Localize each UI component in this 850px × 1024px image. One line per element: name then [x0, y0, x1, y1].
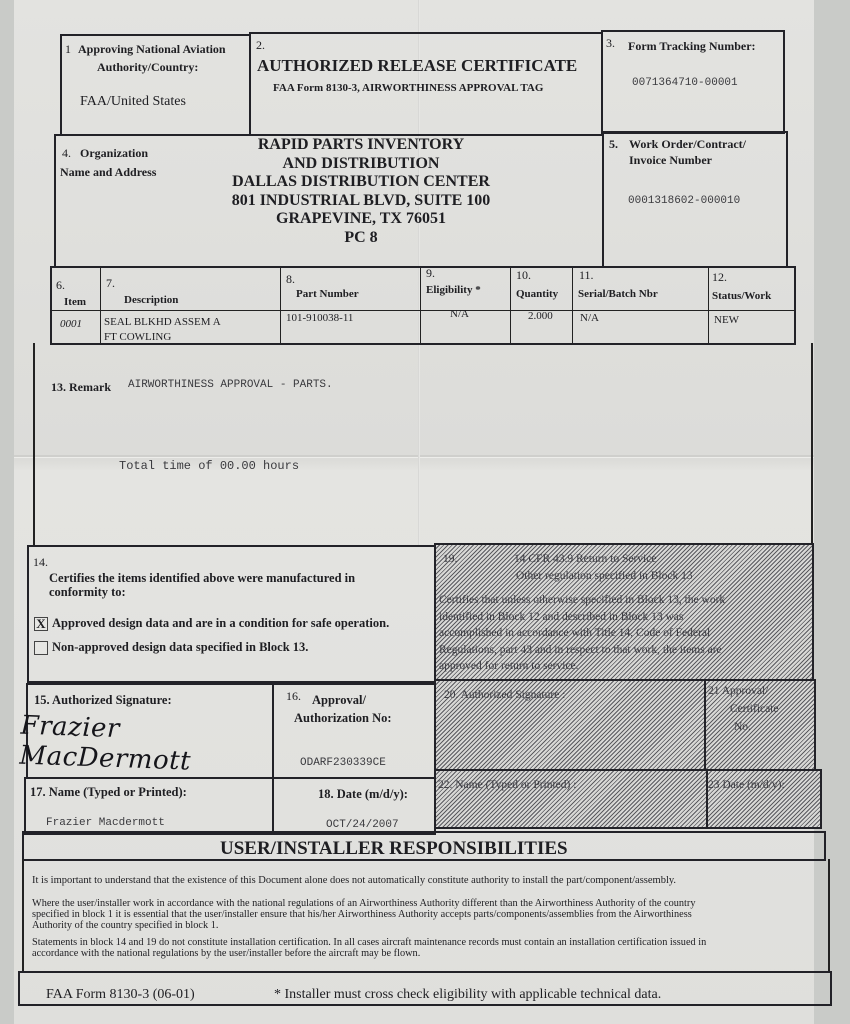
block-23-label: 23 Date (m/d/y):: [708, 779, 785, 791]
form-id: FAA Form 8130-3 (06-01): [46, 987, 195, 1003]
header-description: Description: [124, 294, 178, 306]
cell-eligibility: N/A: [450, 308, 469, 320]
block-1-authority: 1 Approving National Aviation Authority/…: [60, 34, 251, 136]
installer-note: * Installer must cross check eligibility…: [274, 987, 661, 1003]
col-divider: [708, 268, 709, 343]
header-number: 10.: [516, 268, 531, 283]
block-19-line: Certifies that unless otherwise specifie…: [439, 592, 725, 609]
responsibilities-body: It is important to understand that the e…: [22, 859, 830, 973]
block-2-title: 2. AUTHORIZED RELEASE CERTIFICATE FAA Fo…: [249, 32, 603, 136]
block-22-label: 22. Name (Typed or Printed) :: [438, 779, 576, 791]
col-divider: [280, 268, 281, 343]
col-divider: [510, 268, 511, 343]
address-line: DALLAS DISTRIBUTION CENTER: [196, 173, 526, 192]
block-16-label-2: Authorization No:: [294, 711, 392, 726]
block-1-label: Approving National Aviation: [78, 42, 226, 57]
authorized-signature: Frazier MacDermott: [19, 711, 273, 780]
address-line: PC 8: [196, 229, 526, 248]
approved-design-label: Approved design data and are in a condit…: [52, 616, 389, 631]
header-number: 6.: [56, 278, 65, 293]
block-18-label: 18. Date (m/d/y):: [318, 787, 408, 802]
block-21-label-2: Certificate: [730, 703, 779, 715]
date-value: OCT/24/2007: [326, 819, 399, 831]
organization-address: RAPID PARTS INVENTORY AND DISTRIBUTION D…: [196, 136, 526, 247]
block-21-label-3: No.: [734, 721, 751, 733]
block-22-name: 22. Name (Typed or Printed) :: [434, 769, 708, 829]
form-title: AUTHORIZED RELEASE CERTIFICATE: [257, 56, 577, 76]
cell-status: NEW: [714, 314, 739, 326]
block-4-label: Organization: [80, 146, 148, 161]
block-19-return-to-service: 19. 14 CFR 43.9 Return to Service Other …: [434, 543, 814, 681]
para-line: specified in block 1 it is essential tha…: [32, 909, 696, 920]
block-2-number: 2.: [256, 38, 265, 53]
form-footer: FAA Form 8130-3 (06-01) * Installer must…: [18, 971, 832, 1006]
col-divider: [420, 268, 421, 343]
col-divider: [572, 268, 573, 343]
address-line: GRAPEVINE, TX 76051: [196, 210, 526, 229]
block-14-text: Certifies the items identified above wer…: [49, 571, 355, 586]
header-part-number: Part Number: [296, 288, 359, 300]
address-line: AND DISTRIBUTION: [196, 155, 526, 174]
header-eligibility: Eligibility *: [426, 284, 481, 296]
header-quantity: Quantity: [516, 288, 558, 300]
block-19-text: Certifies that unless otherwise specifie…: [439, 592, 725, 675]
block-5-label: Work Order/Contract/: [629, 137, 746, 152]
block-3-tracking: 3. Form Tracking Number: 0071364710-0000…: [601, 30, 785, 134]
para-line: Statements in block 14 and 19 do not con…: [32, 937, 706, 948]
para-line: accordance with the national regulations…: [32, 948, 706, 959]
responsibilities-header: USER/INSTALLER RESPONSIBILITIES: [22, 831, 826, 861]
remark-label: 13. Remark: [51, 380, 111, 395]
address-line: RAPID PARTS INVENTORY: [196, 136, 526, 155]
cell-serial: N/A: [580, 312, 599, 324]
block-14-number: 14.: [33, 555, 48, 570]
block-16-number: 16.: [286, 689, 301, 704]
header-number: 11.: [579, 268, 594, 283]
block-5-number: 5.: [609, 137, 618, 152]
block-19-line: identified in Block 12 and described in …: [439, 609, 725, 626]
block-21-label: 21 Approval/: [708, 685, 768, 697]
block-16-approval: 16. Approval/ Authorization No: ODARF230…: [272, 683, 436, 779]
form-subtitle: FAA Form 8130-3, AIRWORTHINESS APPROVAL …: [273, 82, 543, 94]
block-19-option-1: 14 CFR 43.9 Return to Service: [514, 553, 656, 565]
block-19-line: accomplished in accordance with Title 14…: [439, 625, 725, 642]
responsibilities-para-3: Statements in block 14 and 19 do not con…: [32, 937, 706, 959]
responsibilities-title: USER/INSTALLER RESPONSIBILITIES: [220, 838, 568, 860]
remark-text: AIRWORTHINESS APPROVAL - PARTS.: [128, 379, 333, 391]
block-16-label: Approval/: [312, 693, 366, 708]
block-15-label: 15. Authorized Signature:: [34, 693, 172, 708]
block-19-option-2: Other regulation specified in Block 13: [516, 570, 693, 582]
block-4-number: 4.: [62, 146, 71, 161]
responsibilities-para-2: Where the user/installer work in accorda…: [32, 898, 696, 931]
address-line: 801 INDUSTRIAL BLVD, SUITE 100: [196, 192, 526, 211]
block-19-line: approved for return to service.: [439, 658, 725, 675]
block-19-line: Regulations, part 43 and in respect to t…: [439, 642, 725, 659]
para-line: Authority of the country specified in bl…: [32, 920, 696, 931]
non-approved-design-label: Non-approved design data specified in Bl…: [52, 640, 308, 655]
header-number: 8.: [286, 272, 295, 287]
header-number: 9.: [426, 266, 435, 281]
approving-authority-value: FAA/United States: [80, 94, 186, 110]
cell-part-number: 101-910038-11: [286, 312, 353, 324]
non-approved-design-checkbox[interactable]: [34, 641, 48, 655]
block-5-work-order: 5. Work Order/Contract/ Invoice Number 0…: [602, 131, 788, 268]
total-time: Total time of 00.00 hours: [119, 459, 299, 473]
block-17-label: 17. Name (Typed or Printed):: [30, 785, 187, 800]
block-15-signature: 15. Authorized Signature: Frazier MacDer…: [26, 683, 274, 779]
items-table: 6. Item 7. Description 8. Part Number 9.…: [50, 266, 796, 345]
block-19-number: 19.: [443, 553, 457, 565]
block-4-label-2: Name and Address: [60, 165, 156, 180]
remark-label-text: 13. Remark: [51, 380, 111, 394]
block-4-organization: 4. Organization Name and Address RAPID P…: [54, 134, 604, 268]
header-status: Status/Work: [712, 290, 771, 302]
header-number: 12.: [712, 270, 727, 285]
block-21-certificate: 21 Approval/ Certificate No.: [704, 679, 816, 771]
header-serial: Serial/Batch Nbr: [578, 288, 658, 300]
header-item: Item: [64, 296, 86, 308]
block-1-label-2: Authority/Country:: [97, 60, 198, 75]
block-1-number: 1: [65, 42, 71, 57]
para-line: Where the user/installer work in accorda…: [32, 898, 696, 909]
approved-design-checkbox[interactable]: X: [34, 617, 48, 631]
approval-number: ODARF230339CE: [300, 757, 386, 769]
cell-quantity: 2.000: [528, 310, 553, 322]
block-14-text-2: conformity to:: [49, 585, 126, 600]
work-order-number: 0001318602-000010: [628, 195, 740, 207]
cell-item: 0001: [60, 318, 82, 330]
block-5-label-2: Invoice Number: [629, 153, 712, 168]
form-tracking-number: 0071364710-00001: [632, 77, 738, 89]
responsibilities-para-1: It is important to understand that the e…: [32, 875, 676, 886]
block-20-signature: 20. Authorized Signature :: [434, 679, 706, 771]
block-20-label: 20. Authorized Signature :: [444, 689, 565, 701]
cell-description: SEAL BLKHD ASSEM A: [104, 316, 221, 328]
cell-description-2: FT COWLING: [104, 331, 171, 343]
table-header-divider: [52, 310, 794, 311]
block-18-date: 18. Date (m/d/y): OCT/24/2007: [272, 777, 436, 835]
col-divider: [100, 268, 101, 343]
block-13-remarks: 13. Remark AIRWORTHINESS APPROVAL - PART…: [33, 343, 813, 546]
block-3-label: Form Tracking Number:: [628, 39, 756, 54]
block-23-date: 23 Date (m/d/y):: [706, 769, 822, 829]
block-3-number: 3.: [606, 36, 615, 51]
block-17-name: 17. Name (Typed or Printed): Frazier Mac…: [24, 777, 274, 835]
block-14-certification: 14. Certifies the items identified above…: [27, 545, 437, 683]
header-number: 7.: [106, 276, 115, 291]
printed-name: Frazier Macdermott: [46, 817, 165, 829]
